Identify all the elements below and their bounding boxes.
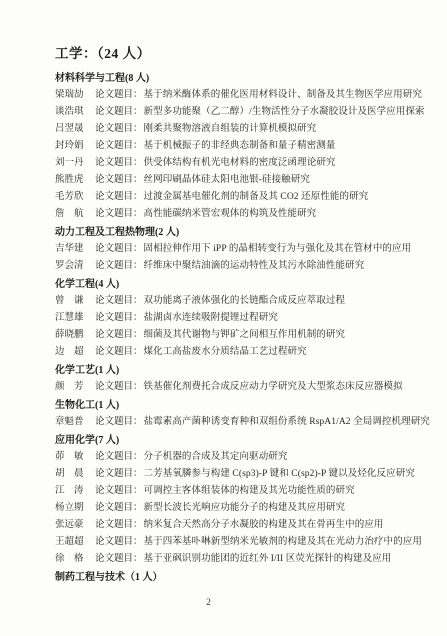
student-name: 张远豪	[55, 517, 86, 534]
section-entries: 颜 芳 论文题目： 铁基催化剂费托合成反应动力学研究及大型浆态床反应器模拟	[55, 379, 431, 396]
thesis-title: 分子机器的合成及其定向驱动研究	[144, 449, 288, 466]
student-name: 梁瑞劼	[55, 87, 86, 104]
student-name: 刘一丹	[55, 155, 86, 172]
student-name: 谈浩琪	[55, 104, 86, 121]
thesis-label: 论文题目：	[95, 466, 143, 483]
thesis-entry: 章魁普 论文题目： 盐霉素高产菌种诱变育种和双组份系统 RspA1/A2 全局调…	[55, 414, 431, 431]
thesis-label: 论文题目：	[95, 534, 143, 551]
thesis-title: 纳米复合天然高分子水凝胶的构建及其在骨再生中的应用	[144, 517, 384, 534]
thesis-label: 论文题目：	[95, 104, 143, 121]
thesis-entry: 吉华建 论文题目： 固相拉伸作用下 iPP 的晶相转变行为与强化及其在管材中的应…	[55, 241, 431, 258]
thesis-entry: 江慧雄 论文题目： 盐湖卤水连续吸附提锂过程研究	[55, 310, 431, 327]
page-title: 工学：（24 人）	[55, 42, 431, 62]
section-entries: 茆 敏 论文题目： 分子机器的合成及其定向驱动研究 胡 晨 论文题目： 二芳基氧…	[55, 449, 431, 568]
thesis-label: 论文题目：	[95, 87, 143, 104]
thesis-title: 基于四苯基卟啉新型纳米光敏剂的构建及其在光动力治疗中的应用	[144, 534, 422, 551]
thesis-title: 基于亚砜识别功能团的近红外 I/II 区荧光探针的构建及应用	[144, 551, 392, 568]
section: 化学工艺(1 人) 颜 芳 论文题目： 铁基催化剂费托合成反应动力学研究及大型浆…	[55, 363, 431, 396]
thesis-label: 论文题目：	[95, 206, 143, 223]
thesis-label: 论文题目：	[95, 327, 143, 344]
thesis-entry: 詹 航 论文题目： 高性能碳纳米管宏观体的构筑及性能研究	[55, 206, 431, 223]
thesis-label: 论文题目：	[95, 172, 143, 189]
student-name: 吉华建	[55, 241, 86, 258]
section-header: 制药工程与技术（1 人）	[55, 570, 431, 585]
thesis-title: 盐湖卤水连续吸附提锂过程研究	[144, 310, 278, 327]
student-name: 徐 格	[55, 551, 86, 568]
thesis-title: 盐霉素高产菌种诱变育种和双组份系统 RspA1/A2 全局调控机理研究	[144, 414, 430, 431]
thesis-title: 新型多功能聚（乙二醇）/生物活性分子水凝胶设计及医学应用探索	[144, 104, 425, 121]
thesis-title: 二芳基氧膦参与构建 C(sp3)-P 键和 C(sp2)-P 键以及烃化反应研究	[144, 466, 415, 483]
thesis-title: 基于机械振子的非经典态制备和量子精密测量	[144, 138, 336, 155]
thesis-title: 煤化工高盐废水分质结晶工艺过程研究	[144, 344, 307, 361]
thesis-entry: 熊胜虎 论文题目： 丝网印刷晶体硅太阳电池银-硅接触研究	[55, 172, 431, 189]
student-name: 罗会清	[55, 258, 86, 275]
student-name: 封玲娟	[55, 138, 86, 155]
student-name: 章魁普	[55, 414, 86, 431]
student-name: 熊胜虎	[55, 172, 86, 189]
thesis-entry: 薛晓鹏 论文题目： 细菌及其代谢物与钾矿之间相互作用机制的研究	[55, 327, 431, 344]
section-header: 化学工程(4 人)	[55, 277, 431, 292]
section: 动力工程及工程热物理(2 人) 吉华建 论文题目： 固相拉伸作用下 iPP 的晶…	[55, 225, 431, 275]
section-header: 化学工艺(1 人)	[55, 363, 431, 378]
thesis-label: 论文题目：	[95, 379, 143, 396]
thesis-title: 丝网印刷晶体硅太阳电池银-硅接触研究	[144, 172, 310, 189]
thesis-label: 论文题目：	[95, 414, 143, 431]
thesis-entry: 毛芳欣 论文题目： 过渡金属基电催化剂的制备及其 CO2 还原性能的研究	[55, 189, 431, 206]
section-header: 应用化学(7 人)	[55, 433, 431, 448]
thesis-title: 双功能离子液体强化的长链酯合成反应萃取过程	[144, 293, 346, 310]
section-header: 材料科学与工程(8 人)	[55, 71, 431, 86]
thesis-title: 高性能碳纳米管宏观体的构筑及性能研究	[144, 206, 317, 223]
thesis-label: 论文题目：	[95, 344, 143, 361]
thesis-label: 论文题目：	[95, 517, 143, 534]
section-entries: 曾 谦 论文题目： 双功能离子液体强化的长链酯合成反应萃取过程 江慧雄 论文题目…	[55, 293, 431, 361]
student-name: 江 涛	[55, 483, 86, 500]
student-name: 颜 芳	[55, 379, 86, 396]
thesis-entry: 王超超 论文题目： 基于四苯基卟啉新型纳米光敏剂的构建及其在光动力治疗中的应用	[55, 534, 431, 551]
thesis-entry: 曾 谦 论文题目： 双功能离子液体强化的长链酯合成反应萃取过程	[55, 293, 431, 310]
section-entries: 吉华建 论文题目： 固相拉伸作用下 iPP 的晶相转变行为与强化及其在管材中的应…	[55, 241, 431, 275]
thesis-entry: 封玲娟 论文题目： 基于机械振子的非经典态制备和量子精密测量	[55, 138, 431, 155]
student-name: 胡 晨	[55, 466, 86, 483]
thesis-title: 新型长波长光响应功能分子的构建及其应用研究	[144, 500, 346, 517]
section: 应用化学(7 人) 茆 敏 论文题目： 分子机器的合成及其定向驱动研究 胡 晨 …	[55, 433, 431, 568]
student-name: 曾 谦	[55, 293, 86, 310]
thesis-entry: 江 涛 论文题目： 可调控主客体组装体的构建及其光功能性质的研究	[55, 483, 431, 500]
section: 生物化工(1 人) 章魁普 论文题目： 盐霉素高产菌种诱变育种和双组份系统 Rs…	[55, 398, 431, 431]
section-entries: 梁瑞劼 论文题目： 基于纳米酶体系的催化医用材料设计、制备及其生物医学应用研究 …	[55, 87, 431, 223]
thesis-label: 论文题目：	[95, 483, 143, 500]
section-entries: 章魁普 论文题目： 盐霉素高产菌种诱变育种和双组份系统 RspA1/A2 全局调…	[55, 414, 431, 431]
thesis-title: 固相拉伸作用下 iPP 的晶相转变行为与强化及其在管材中的应用	[144, 241, 412, 258]
thesis-title: 过渡金属基电催化剂的制备及其 CO2 还原性能的研究	[144, 189, 369, 206]
section: 化学工程(4 人) 曾 谦 论文题目： 双功能离子液体强化的长链酯合成反应萃取过…	[55, 277, 431, 361]
thesis-entry: 颜 芳 论文题目： 铁基催化剂费托合成反应动力学研究及大型浆态床反应器模拟	[55, 379, 431, 396]
thesis-entry: 杨立期 论文题目： 新型长波长光响应功能分子的构建及其应用研究	[55, 500, 431, 517]
thesis-label: 论文题目：	[95, 121, 143, 138]
thesis-label: 论文题目：	[95, 155, 143, 172]
thesis-entry: 张远豪 论文题目： 纳米复合天然高分子水凝胶的构建及其在骨再生中的应用	[55, 517, 431, 534]
thesis-entry: 罗会清 论文题目： 纤维床中聚结油滴的运动特性及其污水除油性能研究	[55, 258, 431, 275]
thesis-entry: 茆 敏 论文题目： 分子机器的合成及其定向驱动研究	[55, 449, 431, 466]
thesis-entry: 刘一丹 论文题目： 供受体结构有机光电材料的密度泛函理论研究	[55, 155, 431, 172]
thesis-title: 基于纳米酶体系的催化医用材料设计、制备及其生物医学应用研究	[144, 87, 422, 104]
thesis-label: 论文题目：	[95, 258, 143, 275]
student-name: 边 超	[55, 344, 86, 361]
thesis-label: 论文题目：	[95, 449, 143, 466]
section-header: 动力工程及工程热物理(2 人)	[55, 225, 431, 240]
thesis-entry: 边 超 论文题目： 煤化工高盐废水分质结晶工艺过程研究	[55, 344, 431, 361]
student-name: 江慧雄	[55, 310, 86, 327]
document-page: 工学：（24 人） 材料科学与工程(8 人) 梁瑞劼 论文题目： 基于纳米酶体系…	[0, 0, 447, 636]
sections-container: 材料科学与工程(8 人) 梁瑞劼 论文题目： 基于纳米酶体系的催化医用材料设计、…	[55, 71, 431, 585]
section-header: 生物化工(1 人)	[55, 398, 431, 413]
thesis-label: 论文题目：	[95, 189, 143, 206]
thesis-label: 论文题目：	[95, 293, 143, 310]
student-name: 毛芳欣	[55, 189, 86, 206]
thesis-title: 铁基催化剂费托合成反应动力学研究及大型浆态床反应器模拟	[144, 379, 403, 396]
thesis-title: 刚柔共聚物溶液自组装的计算机模拟研究	[144, 121, 317, 138]
student-name: 吕翌晟	[55, 121, 86, 138]
thesis-label: 论文题目：	[95, 241, 143, 258]
thesis-title: 纤维床中聚结油滴的运动特性及其污水除油性能研究	[144, 258, 365, 275]
section: 制药工程与技术（1 人）	[55, 570, 431, 585]
student-name: 杨立期	[55, 500, 86, 517]
thesis-label: 论文题目：	[95, 500, 143, 517]
student-name: 詹 航	[55, 206, 86, 223]
thesis-entry: 谈浩琪 论文题目： 新型多功能聚（乙二醇）/生物活性分子水凝胶设计及医学应用探索	[55, 104, 431, 121]
thesis-title: 可调控主客体组装体的构建及其光功能性质的研究	[144, 483, 355, 500]
thesis-label: 论文题目：	[95, 551, 143, 568]
section: 材料科学与工程(8 人) 梁瑞劼 论文题目： 基于纳米酶体系的催化医用材料设计、…	[55, 71, 431, 223]
thesis-entry: 胡 晨 论文题目： 二芳基氧膦参与构建 C(sp3)-P 键和 C(sp2)-P…	[55, 466, 431, 483]
thesis-title: 供受体结构有机光电材料的密度泛函理论研究	[144, 155, 336, 172]
page-number: 2	[0, 598, 417, 608]
thesis-entry: 徐 格 论文题目： 基于亚砜识别功能团的近红外 I/II 区荧光探针的构建及应用	[55, 551, 431, 568]
thesis-label: 论文题目：	[95, 310, 143, 327]
thesis-title: 细菌及其代谢物与钾矿之间相互作用机制的研究	[144, 327, 346, 344]
thesis-label: 论文题目：	[95, 138, 143, 155]
thesis-entry: 吕翌晟 论文题目： 刚柔共聚物溶液自组装的计算机模拟研究	[55, 121, 431, 138]
thesis-entry: 梁瑞劼 论文题目： 基于纳米酶体系的催化医用材料设计、制备及其生物医学应用研究	[55, 87, 431, 104]
student-name: 茆 敏	[55, 449, 86, 466]
student-name: 薛晓鹏	[55, 327, 86, 344]
student-name: 王超超	[55, 534, 86, 551]
